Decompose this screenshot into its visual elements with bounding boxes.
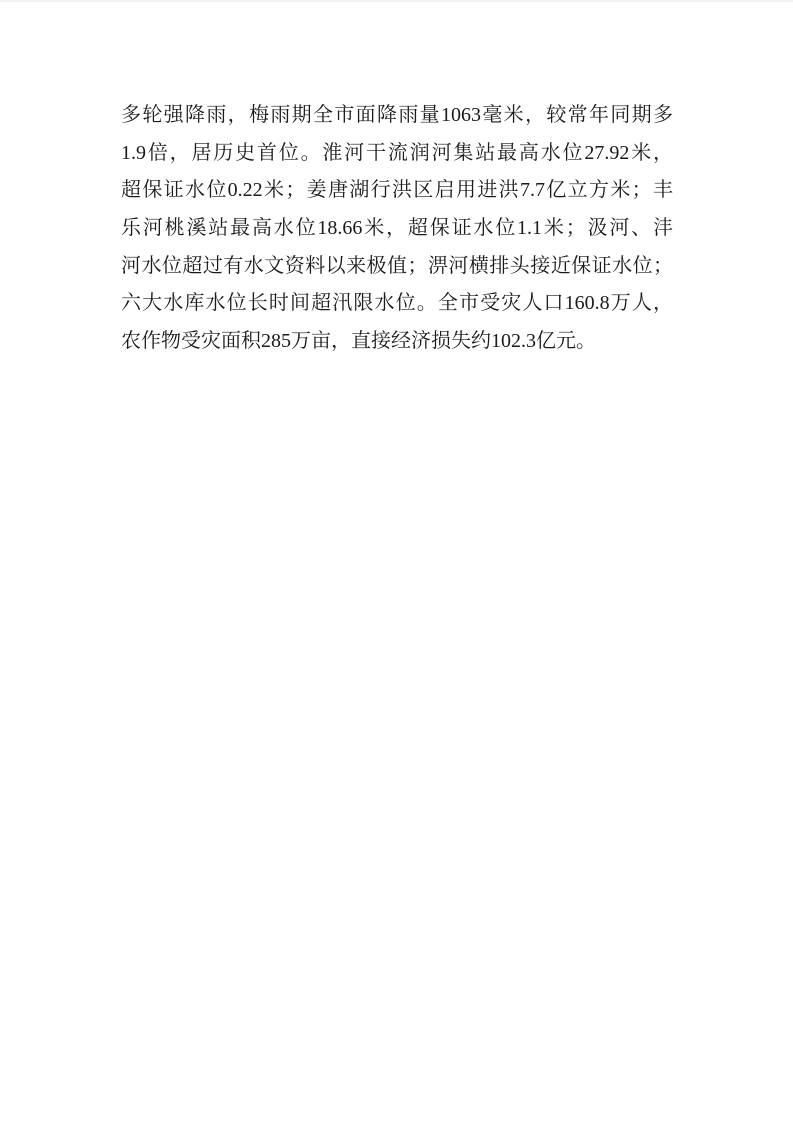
paragraph-line: 六大水库水位长时间超汛限水位。全市受灾人口160.8万人，: [121, 285, 673, 323]
paragraph: 多轮强降雨，梅雨期全市面降雨量1063毫米，较常年同期多 1.9倍，居历史首位。…: [121, 97, 673, 361]
paragraph-line: 超保证水位0.22米；姜唐湖行洪区启用进洪7.7亿立方米；丰: [121, 172, 673, 210]
paragraph-line: 农作物受灾面积285万亩，直接经济损失约102.3亿元。: [121, 323, 673, 361]
page-top-scan-edge: [0, 0, 793, 2]
paragraph-line: 多轮强降雨，梅雨期全市面降雨量1063毫米，较常年同期多: [121, 97, 673, 135]
document-page: 多轮强降雨，梅雨期全市面降雨量1063毫米，较常年同期多 1.9倍，居历史首位。…: [0, 0, 793, 1122]
paragraph-line: 河水位超过有水文资料以来极值；淠河横排头接近保证水位；: [121, 248, 673, 286]
paragraph-line: 1.9倍，居历史首位。淮河干流润河集站最高水位27.92米，: [121, 135, 673, 173]
paragraph-line: 乐河桃溪站最高水位18.66米，超保证水位1.1米；汲河、沣: [121, 210, 673, 248]
